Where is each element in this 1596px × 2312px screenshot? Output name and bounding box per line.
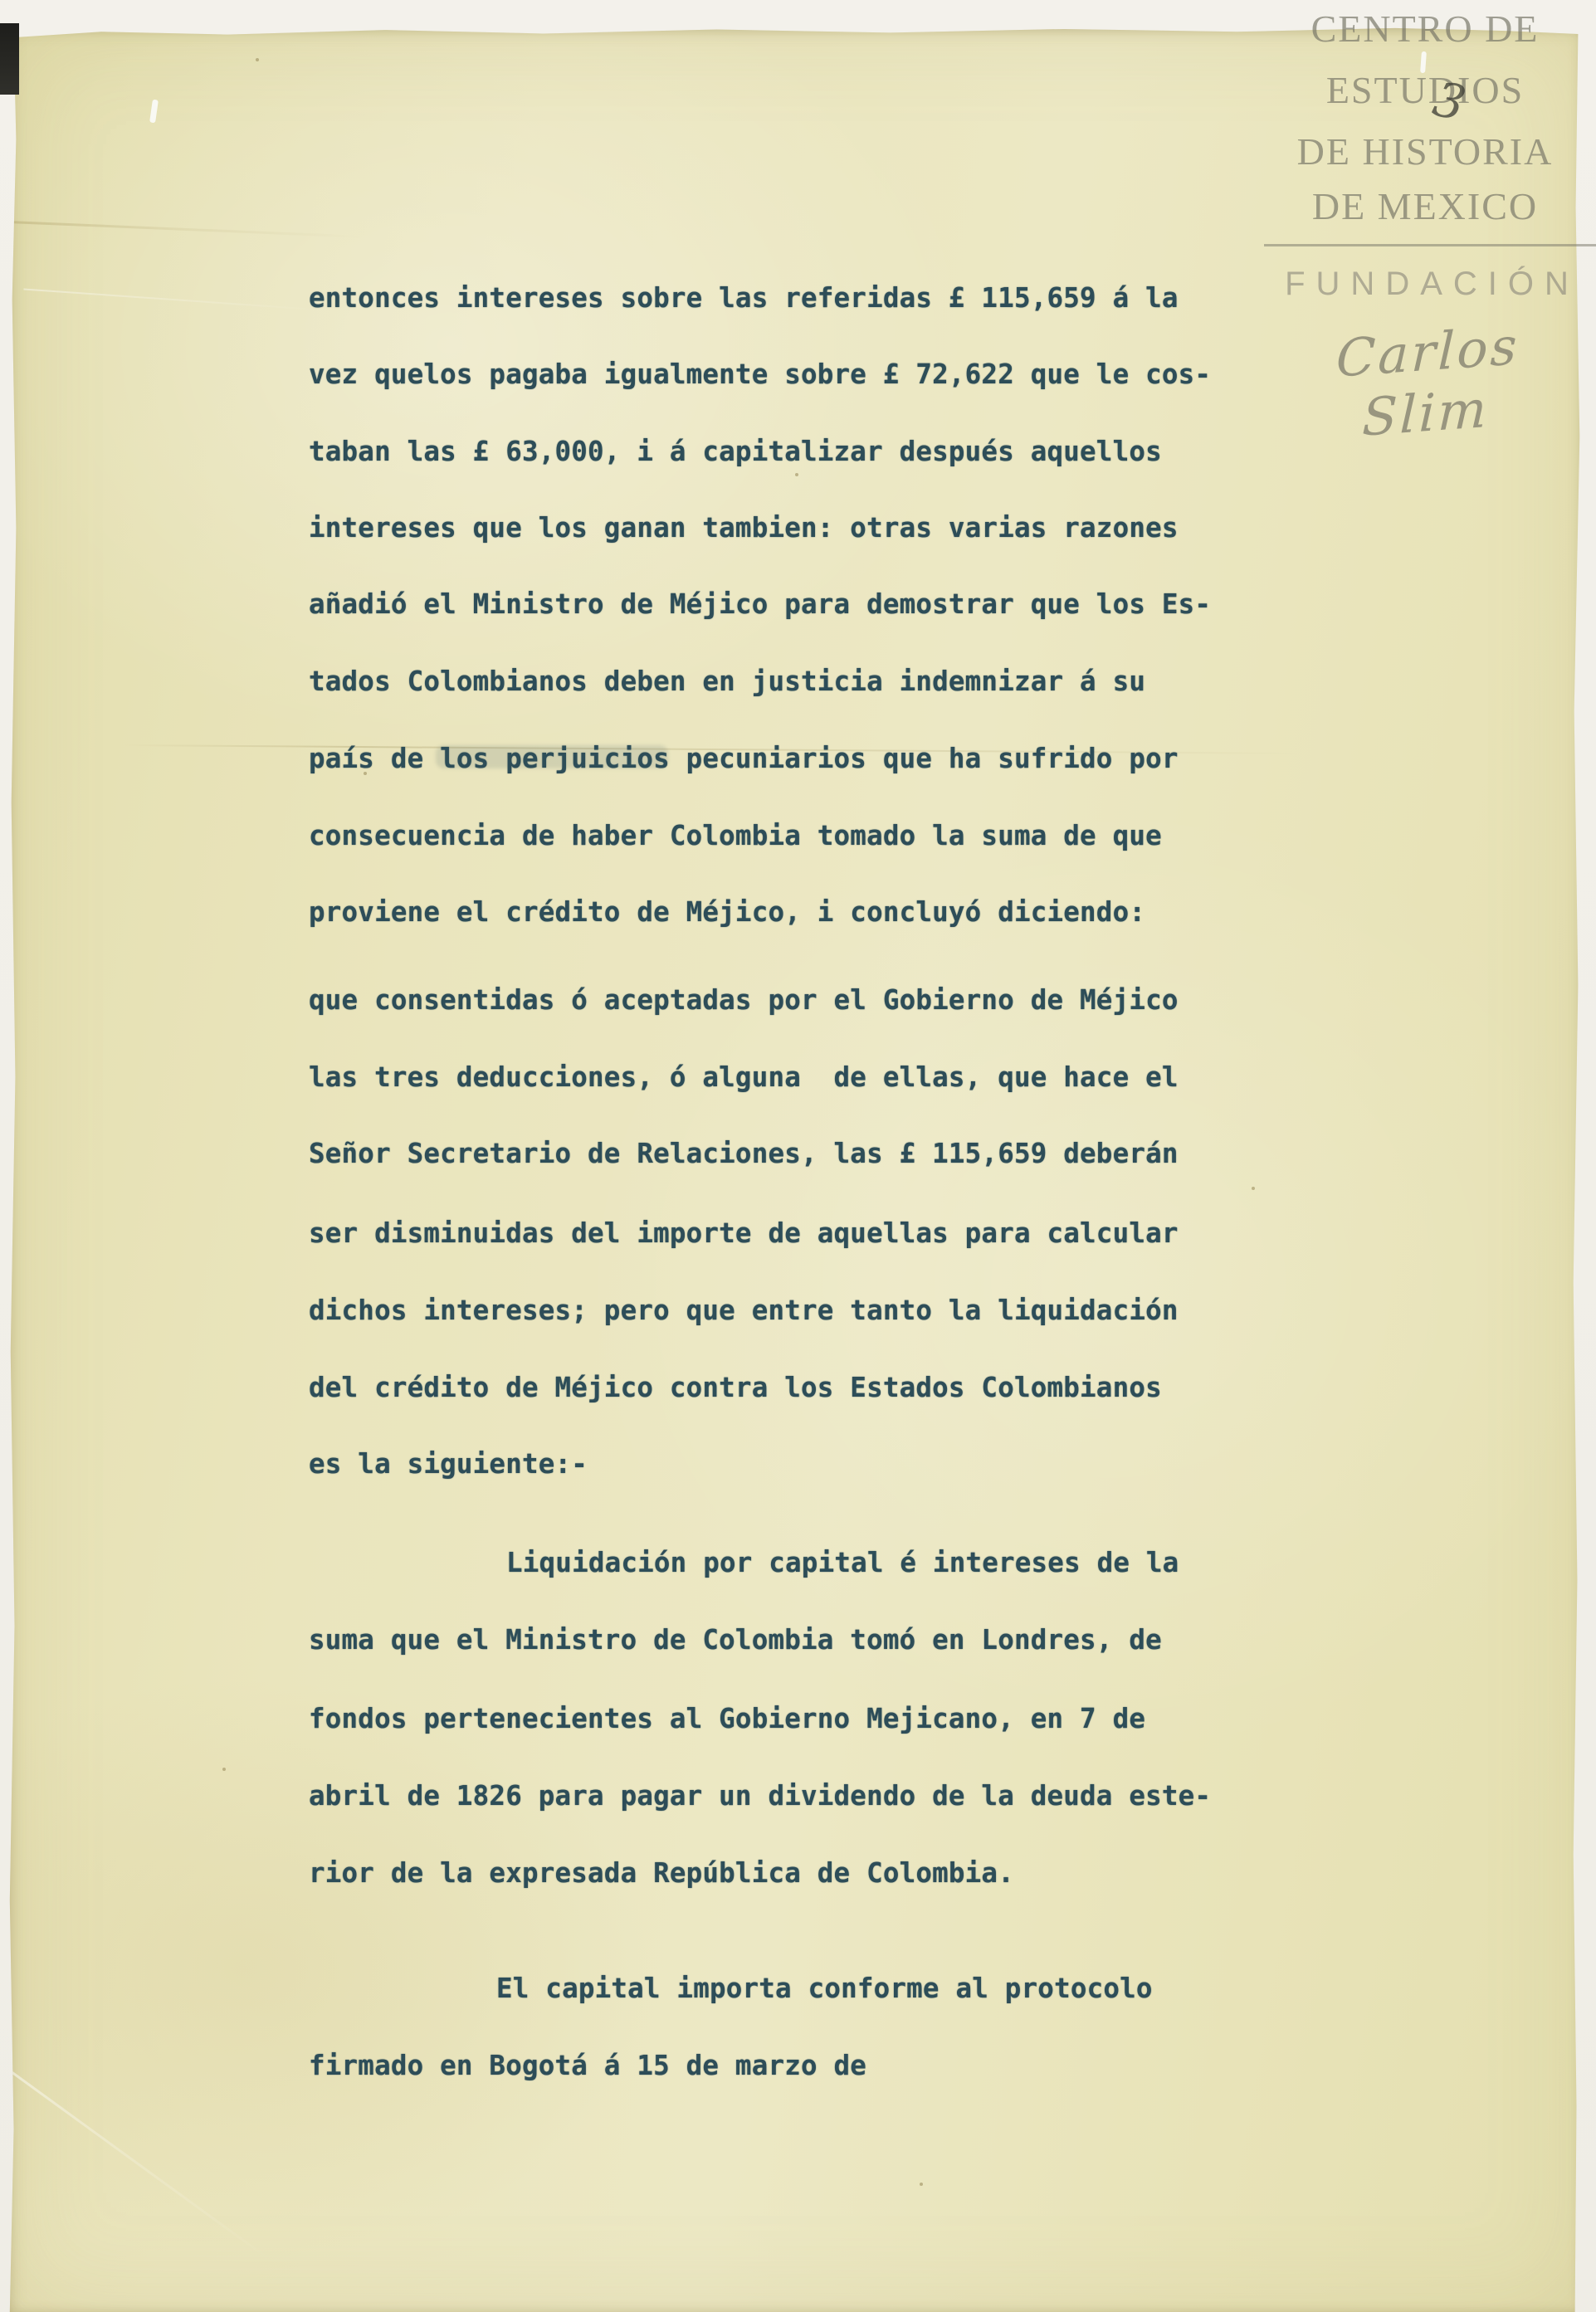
typewritten-line: consecuencia de haber Colombia tomado la…: [309, 820, 1162, 851]
typewritten-line: dichos intereses; pero que entre tanto l…: [309, 1295, 1179, 1326]
typewritten-line: rior de la expresada República de Colomb…: [309, 1857, 1014, 1889]
document-scan: entonces intereses sobre las referidas £…: [0, 0, 1596, 2312]
typewritten-line: taban las £ 63,000, i á capitalizar desp…: [309, 436, 1162, 467]
typewritten-line: ser disminuidas del importe de aquellas …: [309, 1217, 1179, 1249]
typewritten-line: del crédito de Méjico contra los Estados…: [309, 1372, 1162, 1403]
typewritten-line: país de los perjuicios pecuniarios que h…: [309, 743, 1179, 774]
typewritten-line: es la siguiente:-: [309, 1448, 588, 1480]
typewritten-line: intereses que los ganan tambien: otras v…: [309, 512, 1179, 544]
typewritten-line: que consentidas ó aceptadas por el Gobie…: [309, 984, 1179, 1016]
typewritten-text-block: entonces intereses sobre las referidas £…: [0, 0, 1596, 2312]
typewritten-line: añadió el Ministro de Méjico para demost…: [309, 588, 1211, 620]
typewritten-line: las tres deducciones, ó alguna de ellas,…: [309, 1061, 1179, 1093]
typewritten-line: vez quelos pagaba igualmente sobre £ 72,…: [309, 359, 1211, 390]
typewritten-line: Liquidación por capital é intereses de l…: [506, 1547, 1179, 1578]
typewritten-line: proviene el crédito de Méjico, i concluy…: [309, 896, 1145, 928]
typewritten-line: El capital importa conforme al protocolo: [496, 1973, 1153, 2004]
typewritten-line: firmado en Bogotá á 15 de marzo de: [309, 2050, 866, 2081]
typewritten-line: suma que el Ministro de Colombia tomó en…: [309, 1624, 1162, 1656]
typewritten-line: Señor Secretario de Relaciones, las £ 11…: [309, 1138, 1179, 1169]
typewritten-line: entonces intereses sobre las referidas £…: [309, 282, 1179, 314]
typewritten-line: tados Colombianos deben en justicia inde…: [309, 666, 1145, 697]
typewritten-line: fondos pertenecientes al Gobierno Mejica…: [309, 1703, 1145, 1734]
typewritten-line: abril de 1826 para pagar un dividendo de…: [309, 1780, 1211, 1812]
